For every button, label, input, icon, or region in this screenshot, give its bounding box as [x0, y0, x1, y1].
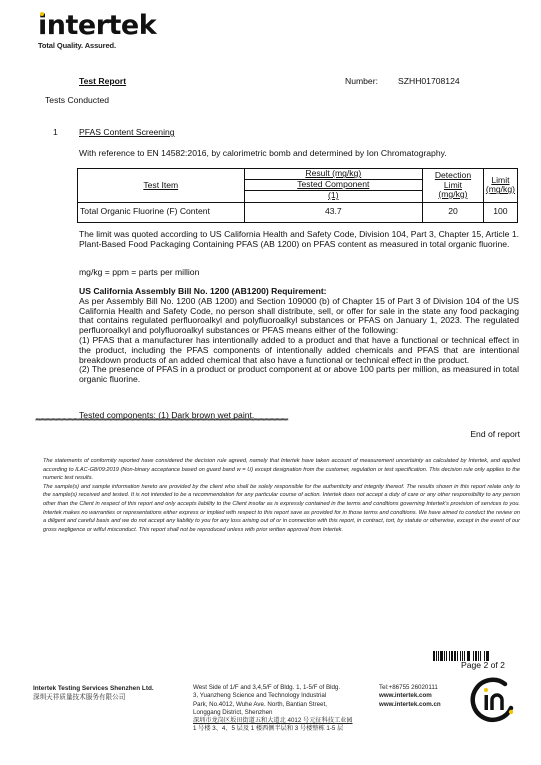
- section-number: 1: [53, 127, 58, 137]
- separator-line: ****************************************…: [35, 418, 520, 425]
- website-link-cn[interactable]: www.intertek.com.cn: [379, 701, 441, 709]
- company-name-en: Intertek Testing Services Shenzhen Ltd.: [33, 684, 154, 693]
- header-component-id: (1): [244, 190, 423, 202]
- page-number: Page 2 of 2: [461, 660, 505, 670]
- method-reference: With reference to EN 14582:2016, by calo…: [79, 148, 447, 158]
- company-name-cn: 深圳天祥质量技术服务有限公司: [33, 693, 125, 702]
- website-link-com[interactable]: www.intertek.com: [379, 692, 441, 700]
- requirement-item-2: (2) The presence of PFAS in a product or…: [79, 365, 519, 385]
- telephone: Tel:+86755 26020111: [379, 684, 441, 692]
- logo-wordmark: intertek: [38, 12, 156, 40]
- disclaimer: The statements of conformity reported ha…: [43, 457, 520, 534]
- header-detection-limit: Detection Limit (mg/kg): [423, 169, 484, 203]
- disclaimer-para-2: The sample(s) and sample information her…: [43, 483, 520, 535]
- limit-note: The limit was quoted according to US Cal…: [79, 230, 519, 250]
- header-limit: Limit (mg/kg): [483, 169, 517, 203]
- logo-text: intertek: [38, 10, 156, 41]
- report-number-value: SZHH01708124: [398, 76, 460, 86]
- units-note: mg/kg = ppm = parts per million: [79, 268, 519, 278]
- cell-result: 43.7: [244, 202, 423, 222]
- end-of-report: End of report: [470, 429, 520, 439]
- section-title: PFAS Content Screening: [79, 127, 175, 137]
- intertek-badge-icon: [469, 676, 517, 724]
- disclaimer-para-1: The statements of conformity reported ha…: [43, 457, 520, 483]
- requirement-text: As per Assembly Bill No. 1200 (AB 1200) …: [79, 297, 519, 336]
- report-number-label: Number:: [345, 76, 378, 86]
- contact-info: Tel:+86755 26020111 www.intertek.com www…: [379, 684, 441, 709]
- intertek-logo: intertek Total Quality. Assured.: [38, 12, 156, 50]
- requirement-item-1: (1) PFAS that a manufacturer has intenti…: [79, 336, 519, 365]
- header-tested-component: Tested Component: [244, 180, 423, 191]
- header-result: Result (mg/kg): [244, 169, 423, 180]
- cell-test-item: Total Organic Fluorine (F) Content: [78, 202, 245, 222]
- cell-limit: 100: [483, 202, 517, 222]
- report-title: Test Report: [79, 76, 126, 86]
- table-row: Total Organic Fluorine (F) Content 43.7 …: [78, 202, 518, 222]
- company-address: West Side of 1/F and 3,4,5/F of Bldg. 1,…: [193, 684, 393, 734]
- results-table: Test Item Result (mg/kg) Detection Limit…: [77, 168, 518, 223]
- header-test-item: Test Item: [78, 169, 245, 203]
- tests-conducted-heading: Tests Conducted: [45, 95, 109, 105]
- requirement-block: US California Assembly Bill No. 1200 (AB…: [79, 287, 519, 385]
- cell-detection-limit: 20: [423, 202, 484, 222]
- logo-dot-icon: [40, 12, 44, 16]
- logo-tagline: Total Quality. Assured.: [38, 41, 156, 50]
